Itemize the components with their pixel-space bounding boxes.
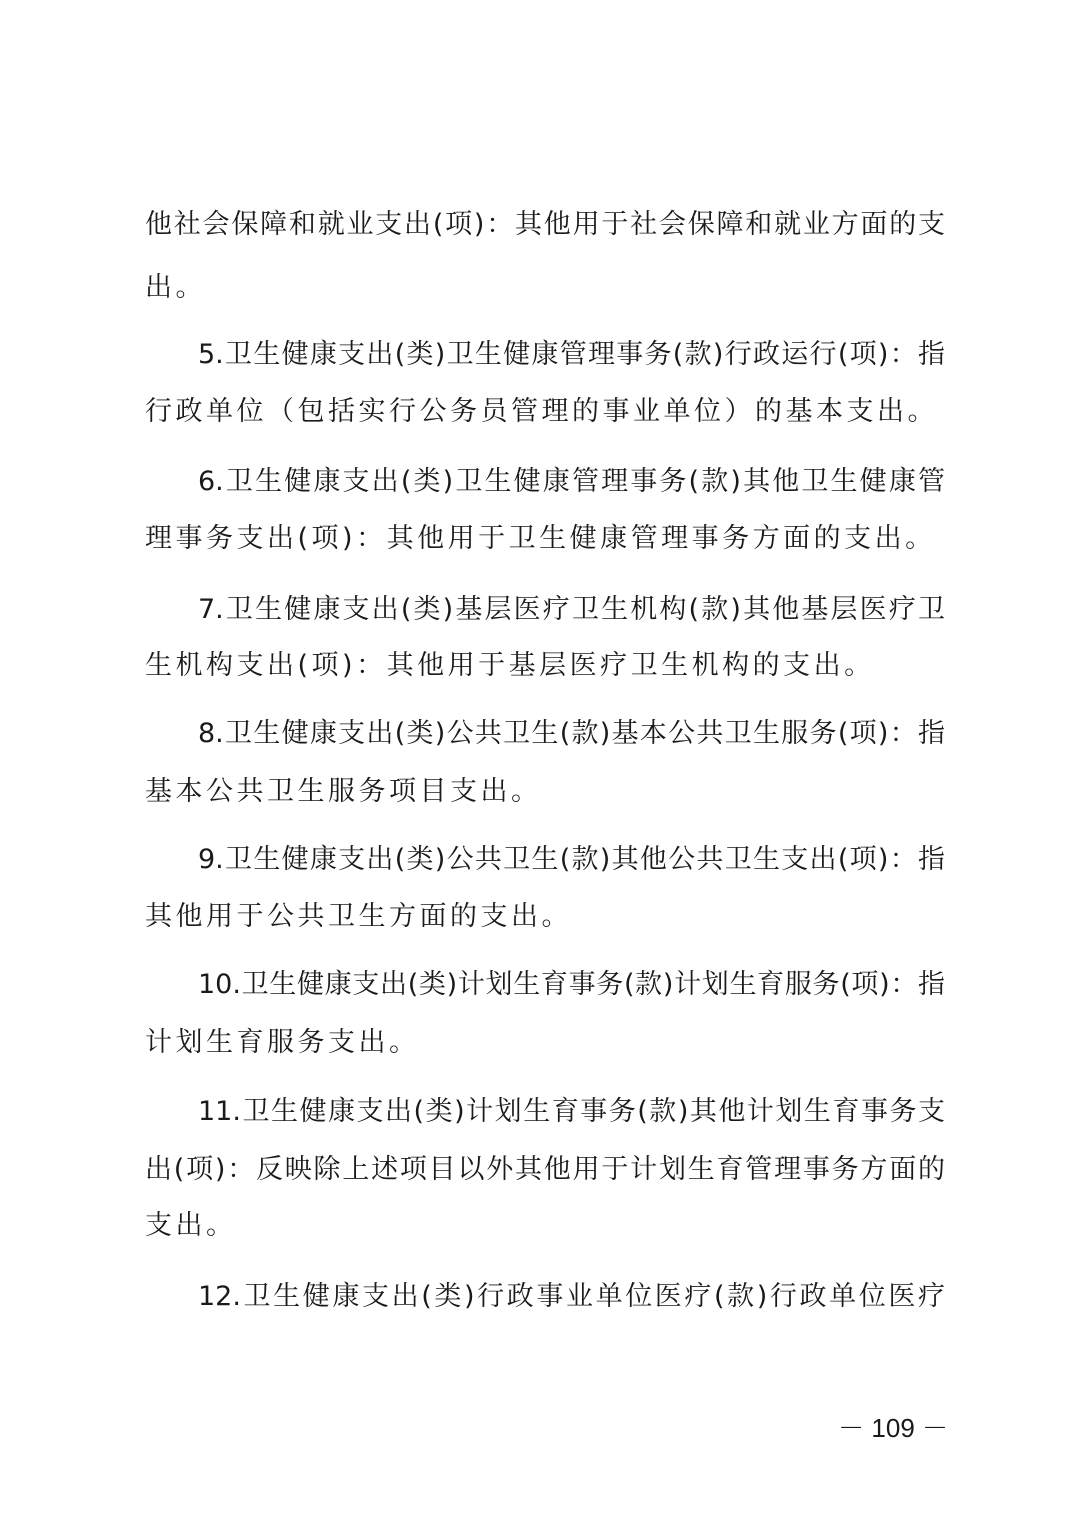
text-line: 支出。	[145, 1206, 945, 1246]
text-line: 出。	[145, 268, 945, 308]
text-line: 8.卫生健康支出(类)公共卫生(款)基本公共卫生服务(项)：指	[198, 714, 945, 754]
text-line: 11.卫生健康支出(类)计划生育事务(款)其他计划生育事务支	[198, 1092, 945, 1132]
text-line: 其他用于公共卫生方面的支出。	[145, 897, 945, 937]
document-page: 他社会保障和就业支出(项)：其他用于社会保障和就业方面的支 出。 5.卫生健康支…	[0, 0, 1074, 1520]
text-line: 行政单位（包括实行公务员管理的事业单位）的基本支出。	[145, 392, 945, 432]
text-line: 基本公共卫生服务项目支出。	[145, 772, 945, 812]
text-line: 出(项)：反映除上述项目以外其他用于计划生育管理事务方面的	[145, 1150, 945, 1190]
text-line: 5.卫生健康支出(类)卫生健康管理事务(款)行政运行(项)：指	[198, 335, 945, 375]
text-line: 10.卫生健康支出(类)计划生育事务(款)计划生育服务(项)：指	[198, 965, 945, 1005]
text-line: 12.卫生健康支出(类)行政事业单位医疗(款)行政单位医疗	[198, 1277, 945, 1317]
text-line: 7.卫生健康支出(类)基层医疗卫生机构(款)其他基层医疗卫	[198, 590, 945, 630]
text-line: 他社会保障和就业支出(项)：其他用于社会保障和就业方面的支	[145, 205, 945, 245]
text-line: 生机构支出(项)：其他用于基层医疗卫生机构的支出。	[145, 646, 945, 686]
page-number: － 109 －	[838, 1410, 948, 1446]
text-line: 6.卫生健康支出(类)卫生健康管理事务(款)其他卫生健康管	[198, 462, 945, 502]
text-line: 理事务支出(项)：其他用于卫生健康管理事务方面的支出。	[145, 519, 945, 559]
text-line: 9.卫生健康支出(类)公共卫生(款)其他公共卫生支出(项)：指	[198, 840, 945, 880]
text-line: 计划生育服务支出。	[145, 1023, 945, 1063]
